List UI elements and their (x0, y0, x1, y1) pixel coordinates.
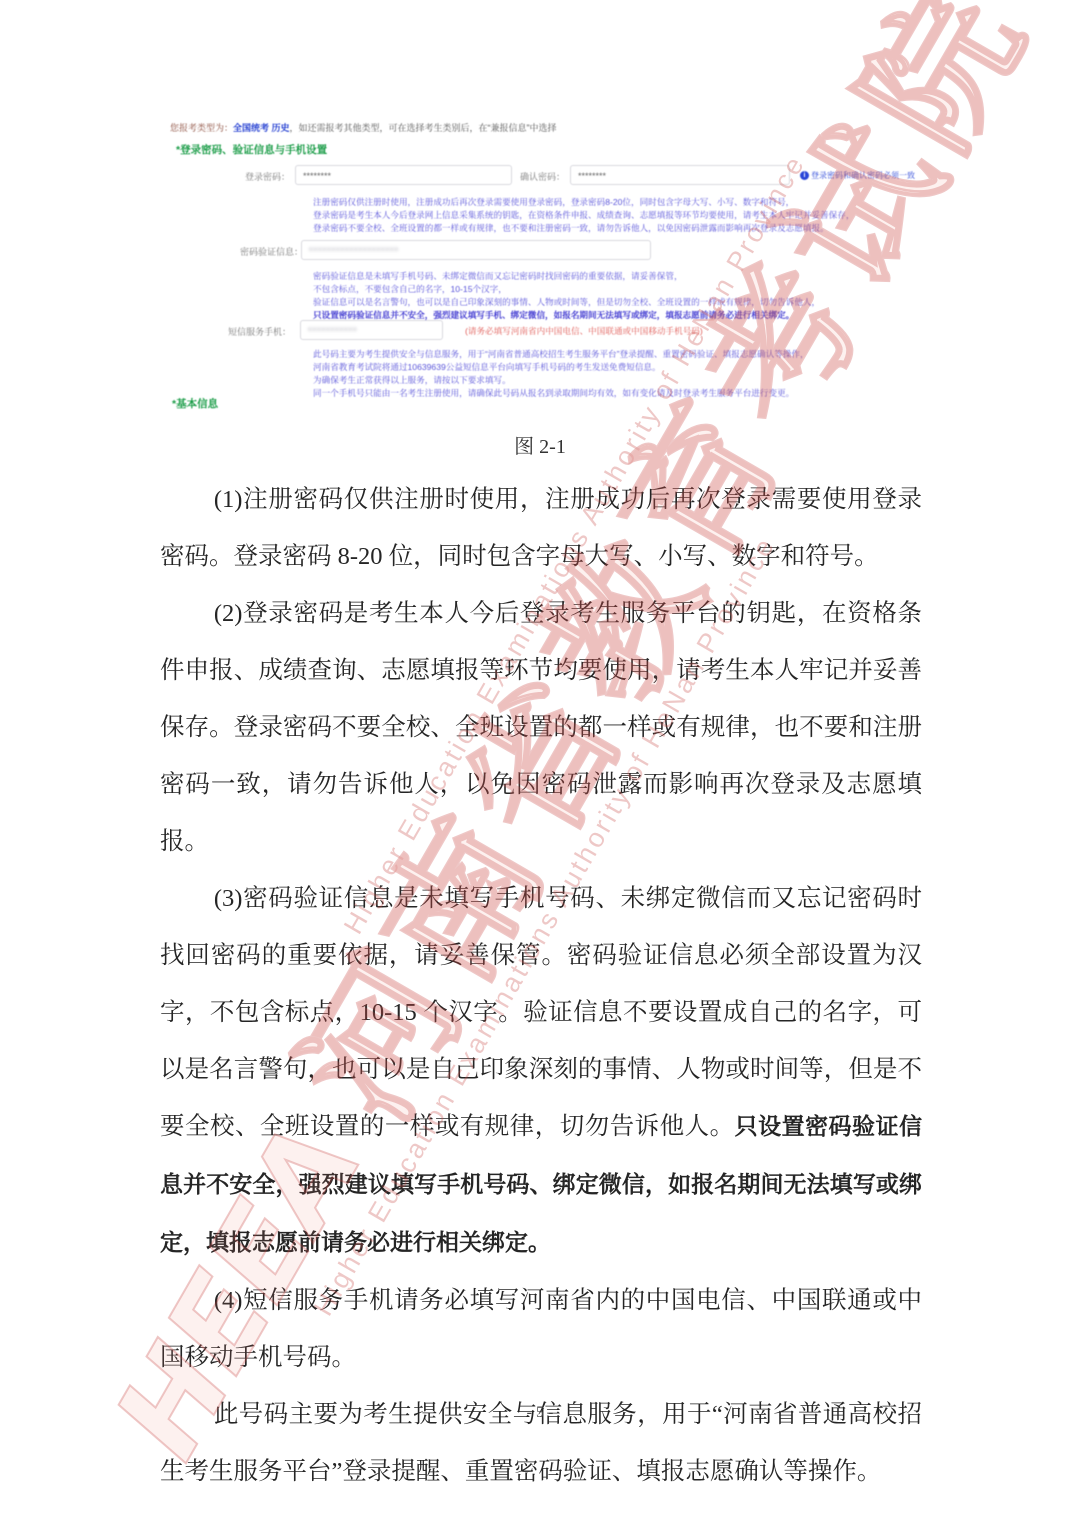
exam-type-suffix: ，如还需报考其他类型，可在选择考生类别后，在“兼报信息”中选择 (290, 123, 557, 133)
confirm-password-value: ******** (578, 171, 606, 181)
verify-note: 密码验证信息是未填写手机号码、未绑定微信而又忘记密码时找回密码的重要依据，请妥善… (313, 270, 913, 322)
section-title-basic: *基本信息 (172, 396, 218, 411)
exam-type-prefix: 您报考类型为： (170, 123, 233, 133)
figure-caption: 图 2-1 (0, 430, 1080, 459)
password-note-line: 登录密码不要全校、全班设置的都一样或有规律，也不要和注册密码一致，请勿告诉他人，… (313, 222, 913, 235)
paragraph-3: (3)密码验证信息是未填写手机号码、未绑定微信而又忘记密码时找回密码的重要依据，… (160, 870, 922, 1272)
exam-type-value: 全国统考 历史 (233, 123, 290, 133)
document-page: 您报考类型为：全国统考 历史，如还需报考其他类型，可在选择考生类别后，在“兼报信… (0, 0, 1080, 1527)
paragraph-1: (1)注册密码仅供注册时使用，注册成功后再次登录需要使用登录密码。登录密码 8-… (160, 471, 922, 585)
sms-note-line: 为确保考生正常获得以上服务，请按以下要求填写。 (313, 374, 913, 387)
verify-info-label: 密码验证信息： (240, 245, 303, 258)
login-password-label: 登录密码： (245, 170, 290, 183)
sms-note: 此号码主要为考生提供安全与信息服务，用于“河南省普通高校招生考生服务平台”登录提… (313, 348, 913, 400)
paragraph-2: (2)登录密码是考生本人今后登录考生服务平台的钥匙，在资格条件申报、成绩查询、志… (160, 585, 922, 870)
confirm-password-input[interactable]: ******** (570, 165, 790, 185)
confirm-password-label: 确认密码： (520, 170, 565, 183)
sms-note-line: 此号码主要为考生提供安全与信息服务，用于“河南省普通高校招生考生服务平台”登录提… (313, 348, 913, 361)
password-note-line: 注册密码仅供注册时使用，注册成功后再次登录需要使用登录密码，登录密码8-20位，… (313, 196, 913, 209)
sms-phone-warning: (请务必填写河南省内中国电信、中国联通或中国移动手机号码) (465, 325, 703, 337)
verify-note-line: 验证信息可以是名言警句，也可以是自己印象深刻的事情、人物或时间等，但是切勿全校、… (313, 296, 913, 309)
password-note-line: 登录密码是考生本人今后登录网上信息采集系统的钥匙，在资格条件申报、成绩查询、志愿… (313, 209, 913, 222)
info-icon: i (800, 171, 809, 180)
section-title-password: *登录密码、验证信息与手机设置 (176, 142, 327, 157)
password-note: 注册密码仅供注册时使用，注册成功后再次登录需要使用登录密码，登录密码8-20位，… (313, 196, 913, 235)
login-password-value: ******** (303, 171, 331, 181)
verify-note-line: 密码验证信息是未填写手机号码、未绑定微信而又忘记密码时找回密码的重要依据，请妥善… (313, 270, 913, 283)
paragraph-3-normal: (3)密码验证信息是未填写手机号码、未绑定微信而又忘记密码时找回密码的重要依据，… (160, 885, 922, 1140)
login-password-input[interactable]: ******** (295, 165, 512, 185)
sms-note-line: 河南省教育考试院将通过10639639公益短信息平台向填写手机号码的考生发送免费… (313, 361, 913, 374)
sms-phone-input[interactable]: *********** (300, 320, 443, 340)
exam-type-notice: 您报考类型为：全国统考 历史，如还需报考其他类型，可在选择考生类别后，在“兼报信… (170, 118, 557, 136)
verify-info-value: ******************** (309, 246, 399, 256)
verify-info-input[interactable]: ******************** (301, 240, 651, 260)
body-text: (1)注册密码仅供注册时使用，注册成功后再次登录需要使用登录密码。登录密码 8-… (160, 471, 922, 1500)
verify-note-line: 不包含标点，不要包含自己的名字，10-15个汉字， (313, 283, 913, 296)
sms-phone-value: *********** (308, 326, 358, 336)
paragraph-4: (4)短信服务手机请务必填写河南省内的中国电信、中国联通或中国移动手机号码。 (160, 1272, 922, 1386)
password-match-hint: i登录密码和确认密码必须一致 (800, 170, 915, 181)
page-number: - 5 - (0, 1404, 1080, 1422)
form-screenshot: 您报考类型为：全国统考 历史，如还需报考其他类型，可在选择考生类别后，在“兼报信… (168, 110, 920, 408)
sms-phone-label: 短信服务手机： (228, 325, 291, 338)
sms-note-line: 同一个手机号只能由一名考生注册使用，请确保此号码从报名到录取期间均有效，如有变化… (313, 387, 913, 400)
